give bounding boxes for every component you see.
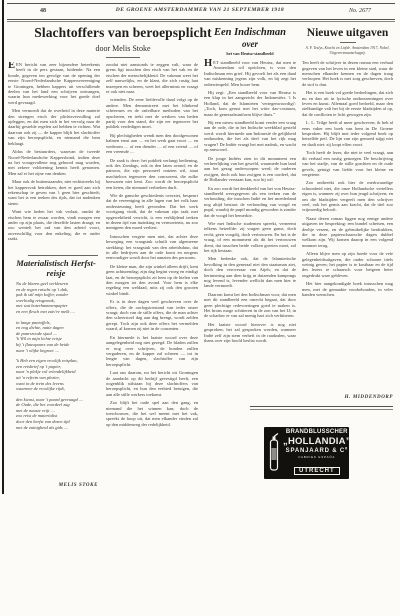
header-bottom-rule-2 xyxy=(7,21,395,22)
article3-signature: H. MIDDENDORP xyxy=(302,395,393,400)
paragraph: EEN bericht van zeer bijzondere beteeken… xyxy=(8,62,100,105)
poem-stanza: in lange pantoffels, en nog dichte, natt… xyxy=(16,320,102,354)
article2-title-line1: Een Indischman xyxy=(204,27,296,38)
paragraph: Aldus de bestuurders, waarvan de tweede … xyxy=(8,149,100,176)
paragraph: Toch heeft de lezer, die niet te veel vr… xyxy=(302,150,393,177)
article2-subtitle: het van Heutsz-standbeeld xyxy=(204,51,296,56)
paragraph: Hij zegt: „Een standbeeld voor van Heuts… xyxy=(204,90,296,117)
ad-line-utrecht: UTRECHT xyxy=(294,467,340,475)
poem-stanza: den kwast, naar 't paard gevraagd .... d… xyxy=(16,397,102,431)
paragraph: Zoo blijft het oude spel aan den gang, e… xyxy=(106,400,198,427)
ad-line-spanjaard: SPANJAARD & Cº xyxy=(283,448,351,454)
paragraph: Want wie heden het vak verlaat, omdat de… xyxy=(8,209,100,241)
article2-title-line2: over xyxy=(204,39,296,49)
paragraph: Men bedenke ook, dat de Islamietische be… xyxy=(204,256,296,288)
poem-stanza: 'k Heb een eigen vroolijk reisplan, een … xyxy=(16,358,102,392)
poem-title-line2: reisje xyxy=(8,269,104,279)
column4-article: Nieuwe uitgaven A. F. Teslys, Kracht en … xyxy=(302,26,393,392)
book-listing: A. F. Teslys, Kracht en Liefde. Amsterda… xyxy=(306,46,390,55)
page-number: 48 xyxy=(40,8,46,14)
article3-title-rule xyxy=(340,42,356,43)
paragraph: Intusschen vergete men niet, dat achter … xyxy=(106,234,198,261)
column1-text: EEN bericht van zeer bijzondere beteeken… xyxy=(8,62,100,252)
paragraph: Er is in deze dagen veel geschreven over… xyxy=(106,299,198,331)
paragraph: En hiermede is het laatste woord over de… xyxy=(106,335,198,367)
paragraph: zoodat niet aanstonds te zeggen valt, wa… xyxy=(106,62,198,94)
paragraph: Alleen blijve men op zijn hoede voor de … xyxy=(302,251,393,278)
poem-stanza: Nu de blaren geel verkleuren en de regen… xyxy=(16,281,102,315)
poem-body: Nu de blaren geel verkleuren en de regen… xyxy=(16,281,102,481)
header-bottom-rule xyxy=(7,19,395,20)
paragraph: Het hier aangekondigde boek intusschen m… xyxy=(302,281,393,297)
paragraph: Laat ons daarom, nu het bericht uit Gron… xyxy=(106,370,198,397)
paragraph: Het laatste woord hierover is nog niet g… xyxy=(204,322,296,344)
paragraph: Zoo ontbreekt ook hier de merkwaardige s… xyxy=(302,180,393,212)
paragraph: Ten heeft de schrijver in dezen roman ee… xyxy=(302,60,393,87)
column3-article: Een Indischman over het van Heutsz-stand… xyxy=(204,26,296,396)
issue-number: No. 2677 xyxy=(330,8,390,14)
paragraph: En zoo wordt het denkbeeld van het von H… xyxy=(204,186,296,218)
paragraph: Bij plechtigheden wendt men den doodgewo… xyxy=(106,133,198,155)
footer-rule-2 xyxy=(250,409,393,410)
article3-title: Nieuwe uitgaven xyxy=(302,27,393,39)
paragraph: Daarom komt het den Indischman voor, dat… xyxy=(204,292,296,319)
paragraph: De kleine man, die zijn winkel alleen dr… xyxy=(106,264,198,296)
ad-line-brandblusscher: BRANDBLUSSCHER xyxy=(283,429,351,435)
paragraph: Naast dezen roman liggen nog eenige ande… xyxy=(302,216,393,248)
paragraph: vrienden. De eene liefdevolle daad volgt… xyxy=(106,97,198,129)
paragraph: De zaak is deze: het publiek verlangt be… xyxy=(106,158,198,190)
poem-title: Materialistisch Herfst- reisje xyxy=(8,259,104,278)
paragraph: Wie met Indische studenten spreekt, vern… xyxy=(204,221,296,253)
ad-line-hollandia: „HOLLANDIA” xyxy=(283,436,351,447)
article1-byline: door Melis Stoke xyxy=(18,44,228,53)
paragraph: L. L. Trilge heeft al meer geschreven; i… xyxy=(302,120,393,147)
paragraph: HET standbeeld voor van Heutsz, dat men … xyxy=(204,60,296,87)
scan-edge-line xyxy=(2,0,4,494)
paragraph: Men vermoedt dat de overheid in deze mat… xyxy=(8,108,100,146)
masthead: DE GROENE AMSTERDAMMER VAN 21 SEPTEMBER … xyxy=(60,7,340,13)
advertisement-hollandia: BRANDBLUSSCHER „HOLLANDIA” SPANJAARD & C… xyxy=(264,427,349,479)
paragraph: Het is een boek vol goede bedoelingen, d… xyxy=(302,90,393,117)
footer-rule xyxy=(250,406,393,407)
article1-title: Slachtoffers van beroepsplicht xyxy=(18,25,228,41)
paragraph: Bij een nieuw standbeeld komt verder een… xyxy=(204,120,296,152)
fire-extinguisher-icon xyxy=(267,432,280,474)
section-rule xyxy=(28,255,98,256)
article1-byline-rule xyxy=(106,57,140,58)
advertisement-text: BRANDBLUSSCHER „HOLLANDIA” SPANJAARD & C… xyxy=(283,429,351,477)
paragraph: Wie de gansche geschiedenis overziet, be… xyxy=(106,193,198,231)
paragraph: De jonge Indiërs zien in dit monument ee… xyxy=(204,156,296,183)
header-top-rule xyxy=(7,3,395,4)
column2-text: zoodat niet aanstonds te zeggen valt, wa… xyxy=(106,62,198,489)
poem-signature: MELIS STOKE xyxy=(8,483,98,488)
paragraph: Maar ook de buitenstaander, niet rechtst… xyxy=(8,179,100,206)
